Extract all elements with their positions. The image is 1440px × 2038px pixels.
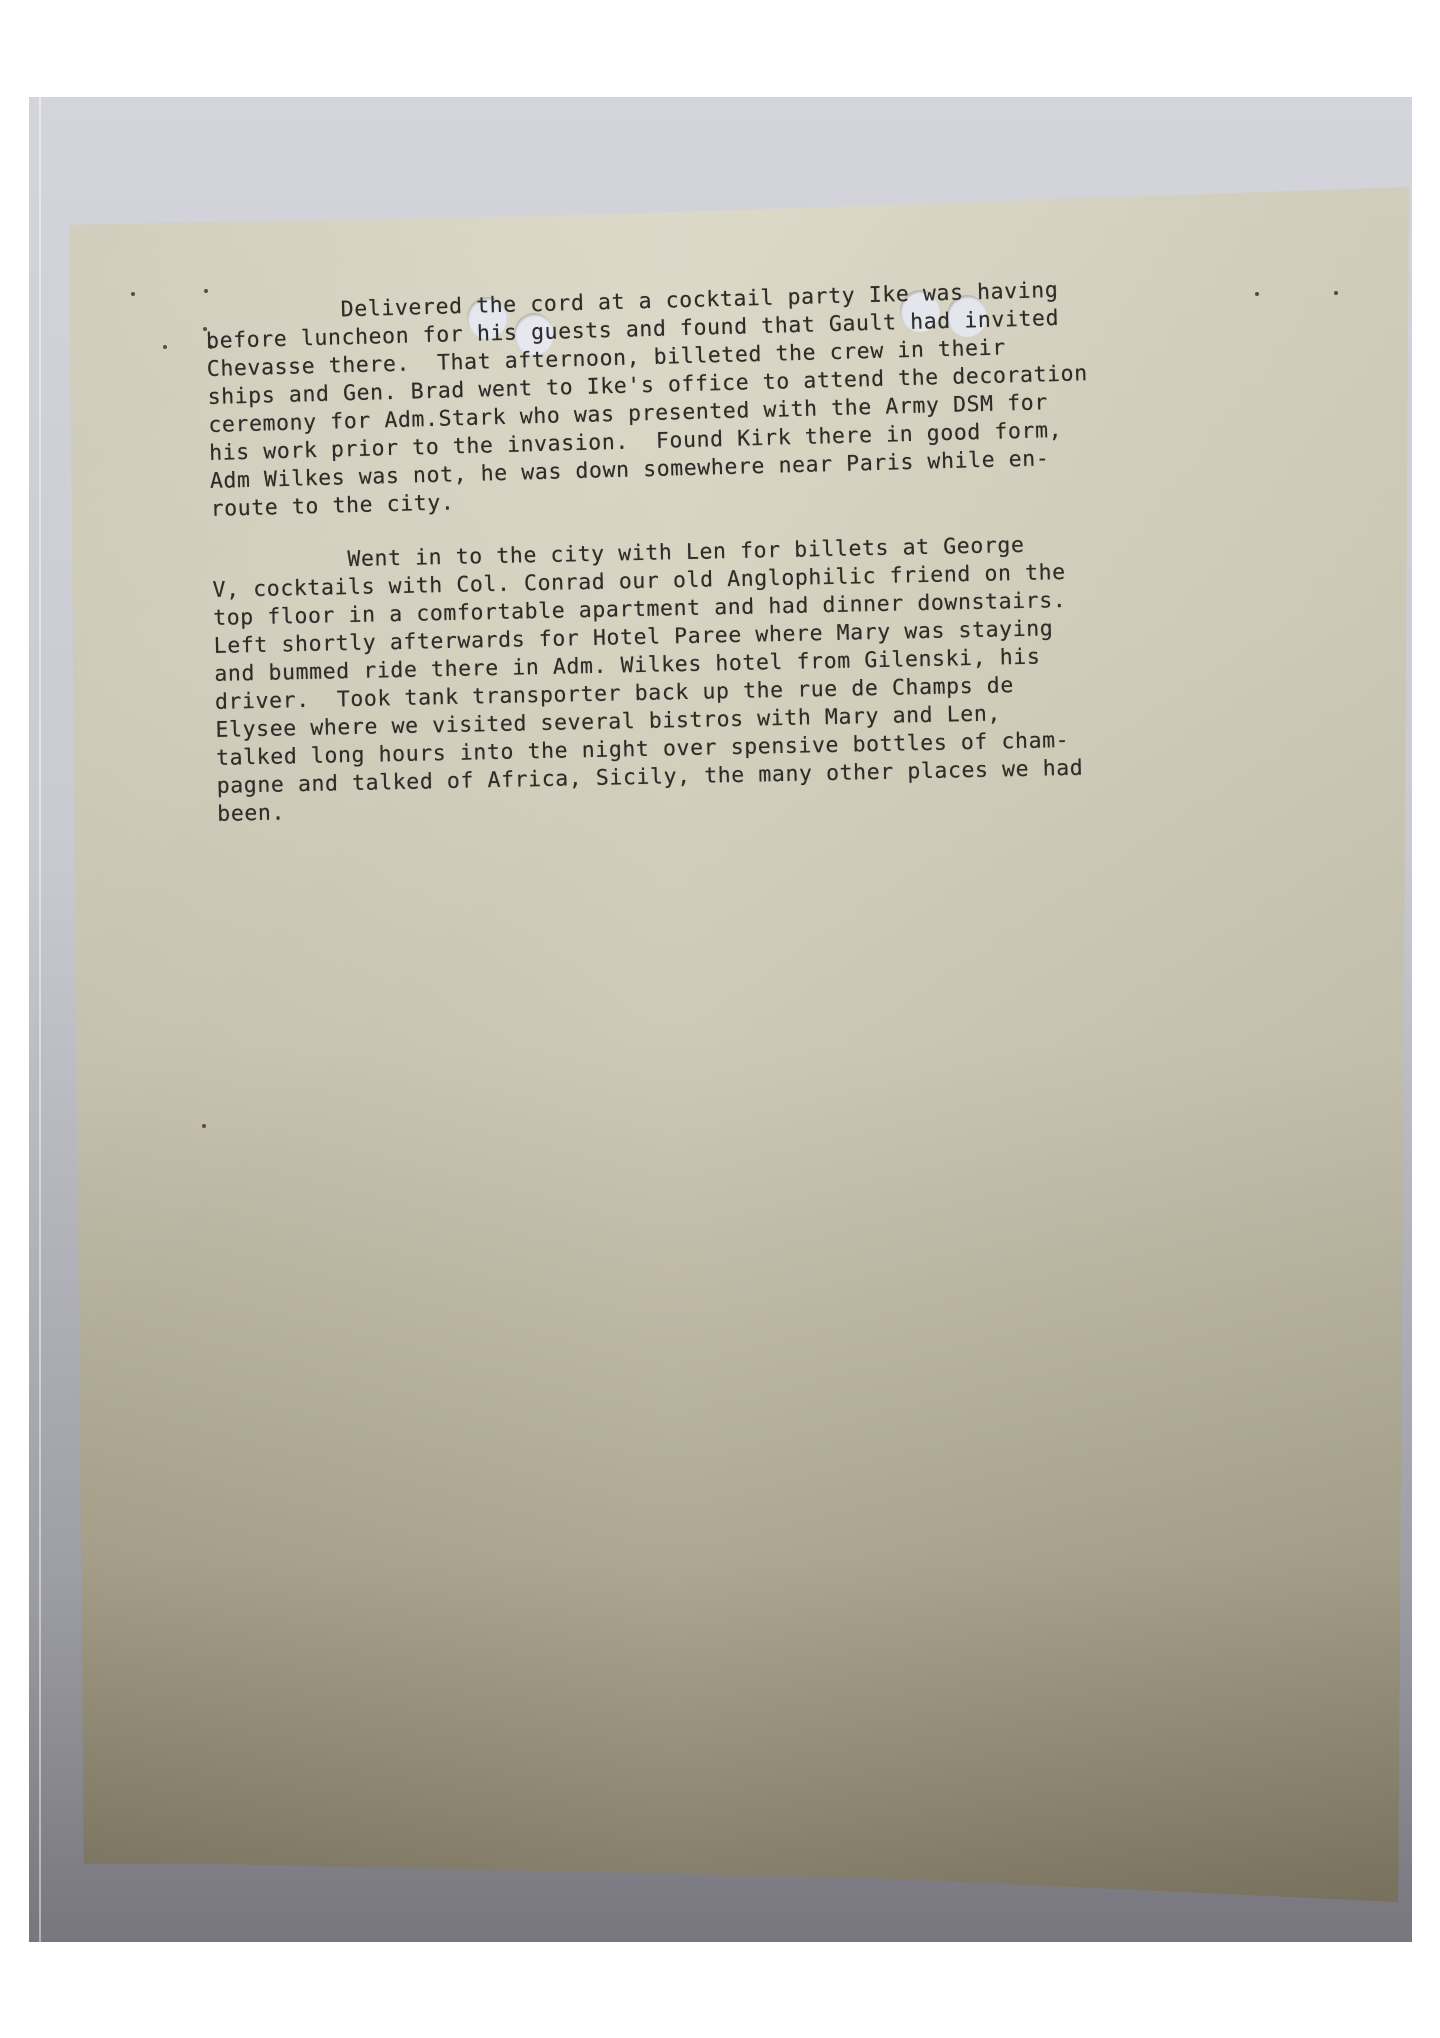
paragraph-1: Delivered the cord at a cocktail party I… [205, 269, 1341, 523]
paper-speck [163, 345, 167, 349]
paper-speck [131, 292, 135, 296]
paper-speck [204, 289, 208, 293]
paragraph-2: Went in to the city with Len for billets… [212, 525, 1348, 829]
typed-body-text: Delivered the cord at a cocktail party I… [205, 269, 1350, 853]
paper-speck [202, 1124, 206, 1128]
